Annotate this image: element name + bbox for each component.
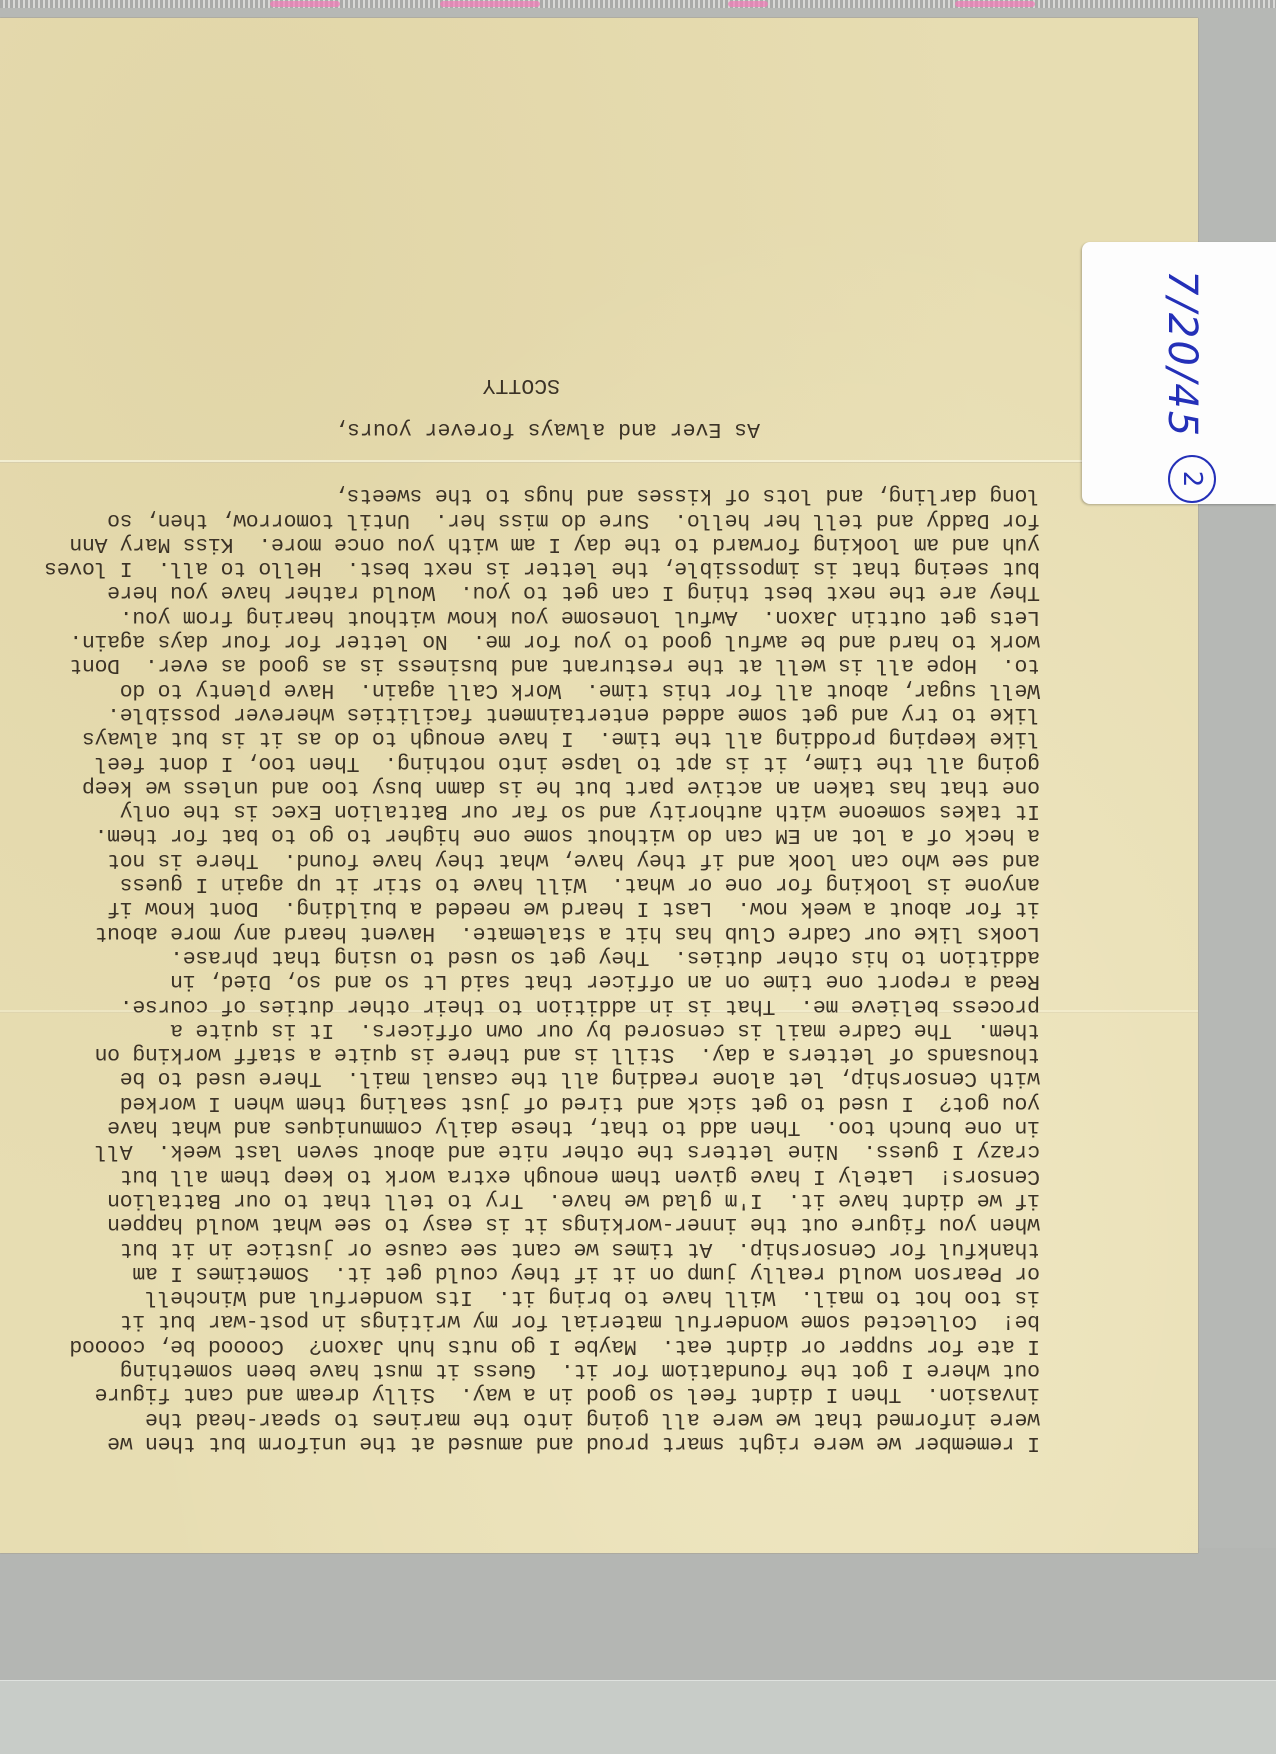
letter-line: out where I got the foundatiom for it. G… (120, 1359, 1040, 1380)
scan-artifact (440, 1, 540, 7)
scan-artifact (955, 1, 1035, 7)
letter-line: thankful for Censorship. At times we can… (120, 1238, 1040, 1259)
letter-line: anyone is looking for one or what. Will … (120, 873, 1040, 894)
letter-line: Censors! Lately I have given them enough… (120, 1165, 1040, 1186)
page-number-circled: 2 (1168, 455, 1216, 503)
letter-line: is too hot to mail. Will have to bring i… (145, 1286, 1040, 1307)
letter-line: one that has taken an active part but he… (82, 776, 1040, 797)
letter-line: in one bunch too. Then add to that, thes… (107, 1116, 1040, 1137)
handwritten-date: 7/20/45 (1165, 270, 1205, 410)
letter-line: They are the next best thing I can get t… (107, 582, 1040, 603)
letter-line: it for about a week now. Last I heard we… (107, 897, 1040, 918)
scan-background-lower (0, 1548, 1276, 1681)
letter-line: work to hard and be awful good to you fo… (70, 630, 1040, 651)
letter-line: when you figure out the inner-workings i… (107, 1213, 1040, 1234)
letter-line: addition to his other duties. They get s… (170, 946, 1040, 967)
letter-line: to. Hope all is well at the resturant an… (70, 654, 1040, 675)
letter-line: if we didnt have it. I'm glad we have. T… (107, 1189, 1040, 1210)
letter-line: and see who can look and if they have, w… (107, 849, 1040, 870)
letter-line: long darling, and lots of kisses and hug… (334, 484, 1040, 505)
letter-line: were informed that we were all going int… (145, 1408, 1040, 1429)
letter-closing: As Ever and always forever yours, (334, 417, 760, 441)
letter-line: I remember we were right smart proud and… (107, 1432, 1040, 1453)
letter-line: for Daddy and tell her hello. Sure do mi… (107, 509, 1040, 530)
letter-line: you got? I used to get sick and tired of… (120, 1092, 1040, 1113)
letter-line: Lets get outtin Jaxon. Awful lonesome yo… (120, 606, 1040, 627)
letter-line: invasion. Then I didnt feel so good in a… (95, 1383, 1040, 1404)
letter-line: like keeping prodding all the time. I ha… (82, 727, 1040, 748)
letter-line: them. The Cadre mail is censored by our … (170, 1019, 1040, 1040)
letter-line: a heck of a lot an EM can do without som… (95, 825, 1040, 846)
letter-line: be! Collected some wonderful material fo… (120, 1311, 1040, 1332)
scan-artifact (270, 1, 340, 7)
letter-line: like to try and get some added entertain… (107, 703, 1040, 724)
letter-line: going all the time, it is apt to lapse i… (95, 752, 1040, 773)
letter-line: process believe me. That is in addition … (120, 995, 1040, 1016)
letter-line: It takes someone with authority and so f… (120, 800, 1040, 821)
scanner-edge-strip (0, 0, 1276, 8)
paper-fold (0, 460, 1198, 463)
letter-line: or Pearson would really jump on it if th… (133, 1262, 1040, 1283)
letter-line: Well sugar, about all for this time. Wor… (120, 679, 1040, 700)
letter-line: Looks like our Cadre Club has hit a stal… (95, 922, 1040, 943)
letter-line: Read a report one time on an officer tha… (170, 970, 1040, 991)
letter-page: I remember we were right smart proud and… (0, 18, 1198, 1553)
scan-artifact (728, 1, 768, 7)
letter-line: yuh and am looking forward to the day I … (70, 533, 1040, 554)
letter-line: thousands of letters a day. Still is and… (95, 1043, 1040, 1064)
letter-line: but seeing that is impossible, the lette… (44, 557, 1040, 578)
letter-line: I ate for supper or didnt eat. Maybe I g… (70, 1335, 1040, 1356)
letter-line: with Censorship, let alone reading all t… (120, 1068, 1040, 1089)
scanner-tray (0, 1681, 1276, 1754)
letter-line: crazy I guess. Nine letters the other ni… (95, 1140, 1040, 1161)
letter-signature: SCOTTY (483, 373, 560, 397)
